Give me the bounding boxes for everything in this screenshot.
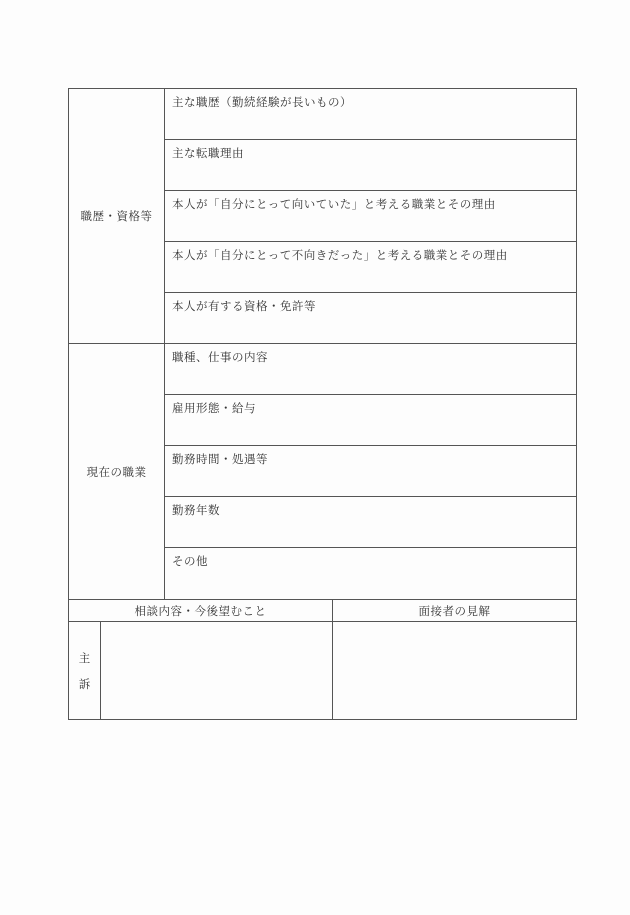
field-label: 本人が「自分にとって不向きだった」と考える職業とその理由	[172, 247, 508, 263]
section-label-career: 職歴・資格等	[68, 88, 165, 344]
field-label: 勤務年数	[172, 502, 220, 518]
header-interviewer-label: 面接者の見解	[332, 599, 577, 622]
field-consultation-content[interactable]	[100, 621, 333, 720]
field-label: 本人が「自分にとって向いていた」と考える職業とその理由	[172, 196, 496, 212]
chief-complaint-label-cell: 主 訴	[68, 621, 101, 720]
field-label: その他	[172, 553, 208, 569]
field-label: 雇用形態・給与	[172, 400, 256, 416]
section-label-current-job: 現在の職業	[68, 343, 165, 600]
chief-complaint-char: 主	[79, 650, 91, 666]
header-consultation-label: 相談内容・今後望むこと	[68, 599, 333, 622]
form-table: 職歴・資格等 主な職歴（勤続経験が長いもの） 主な転職理由 本人が「自分にとって…	[68, 88, 577, 720]
field-label: 職種、仕事の内容	[172, 349, 268, 365]
field-years-employed[interactable]	[164, 496, 577, 548]
field-label: 主な職歴（勤続経験が長いもの）	[172, 94, 352, 110]
field-label: 主な転職理由	[172, 145, 244, 161]
field-interviewer-opinion[interactable]	[332, 621, 577, 720]
field-label: 本人が有する資格・免許等	[172, 298, 316, 314]
field-label: 勤務時間・処遇等	[172, 451, 268, 467]
chief-complaint-char: 訴	[79, 676, 91, 692]
field-other[interactable]	[164, 547, 577, 600]
